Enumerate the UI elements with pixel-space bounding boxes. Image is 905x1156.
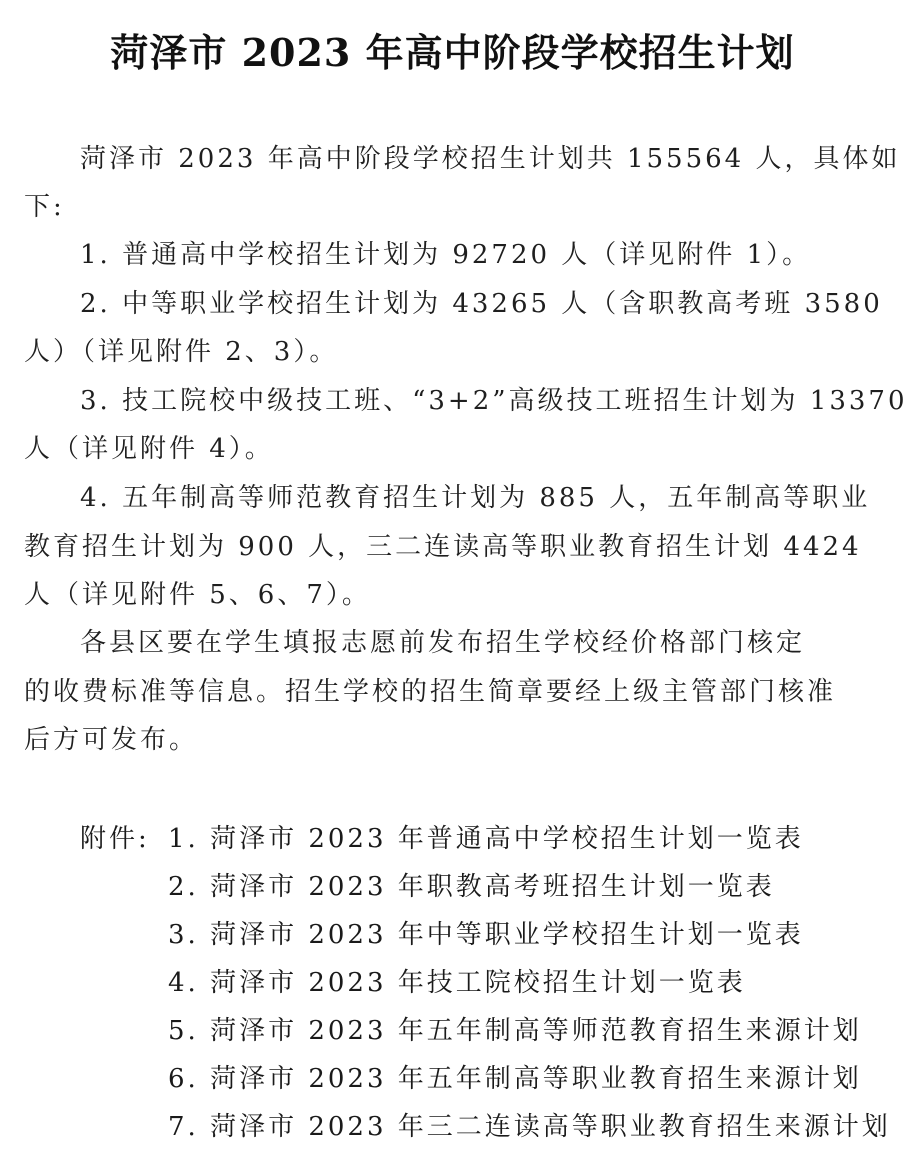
item-2-line-2: 人）（详见附件 2、3）。 [24,331,338,368]
item-2-line-1: 2. 中等职业学校招生计划为 43265 人（含职教高考班 3580 [80,283,883,320]
attachment-item-2: 2. 菏泽市 2023 年职教高考班招生计划一览表 [168,866,775,903]
intro-line-2: 下: [24,186,65,223]
attachment-item-7: 7. 菏泽市 2023 年三二连读高等职业教育招生来源计划 [168,1106,891,1143]
attachment-item-5: 5. 菏泽市 2023 年五年制高等师范教育招生来源计划 [168,1010,862,1047]
attachment-item-4: 4. 菏泽市 2023 年技工院校招生计划一览表 [168,962,746,999]
attachment-item-1: 1. 菏泽市 2023 年普通高中学校招生计划一览表 [168,818,804,855]
item-4-line-3: 人（详见附件 5、6、7）。 [24,574,371,611]
document-title: 菏泽市 2023 年高中阶段学校招生计划 [0,22,905,77]
item-1-line-1: 1. 普通高中学校招生计划为 92720 人（详见附件 1）。 [80,234,811,271]
notice-line-1: 各县区要在学生填报志愿前发布招生学校经价格部门核定 [80,622,805,659]
item-4-line-2: 教育招生计划为 900 人，三二连读高等职业教育招生计划 4424 [24,526,862,563]
item-4-line-1: 4. 五年制高等师范教育招生计划为 885 人，五年制高等职业 [80,477,870,514]
attachment-item-3: 3. 菏泽市 2023 年中等职业学校招生计划一览表 [168,914,804,951]
item-3-line-1: 3. 技工院校中级技工班、“3+2”高级技工班招生计划为 13370 [80,380,905,417]
item-3-line-2: 人（详见附件 4）。 [24,428,274,465]
notice-line-2: 的收费标准等信息。招生学校的招生简章要经上级主管部门核准 [24,671,836,708]
intro-line-1: 菏泽市 2023 年高中阶段学校招生计划共 155564 人，具体如 [80,138,900,175]
attachments-label: 附件: [80,818,150,855]
attachment-item-6: 6. 菏泽市 2023 年五年制高等职业教育招生来源计划 [168,1058,862,1095]
notice-line-3: 后方可发布。 [24,719,198,756]
